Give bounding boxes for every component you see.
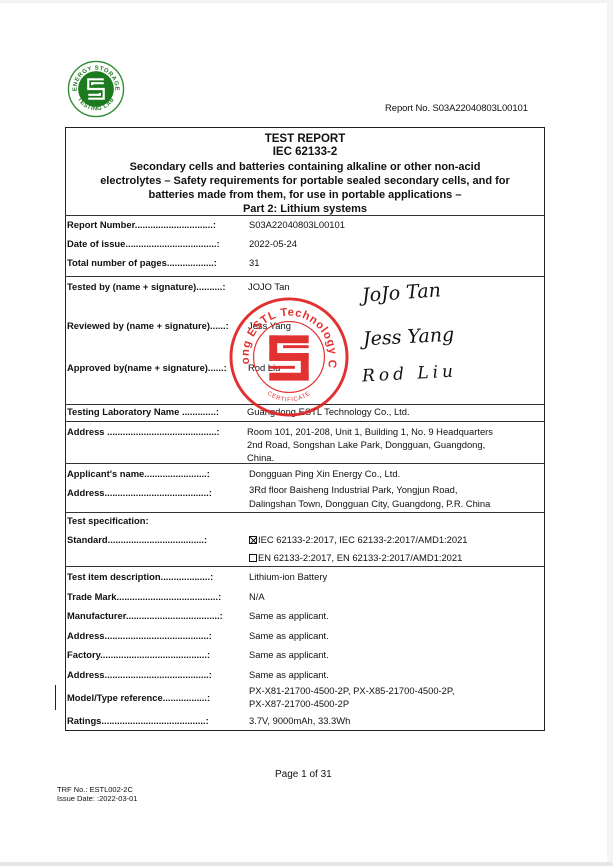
page-number: Page 1 of 31 [275, 769, 332, 780]
divider [65, 215, 545, 216]
divider [65, 512, 545, 513]
laboratory-address-line-1: Room 101, 201-208, Unit 1, Building 1, N… [247, 426, 493, 438]
field-label: Address [67, 426, 105, 437]
total-pages-value: 31 [249, 257, 259, 269]
field-label: Standard [67, 534, 108, 545]
field-label: Trade Mark [67, 591, 117, 602]
test-item-description-value: Lithium-ion Battery [249, 571, 327, 583]
trf-number: TRF No.: ESTL002-2C [57, 785, 137, 794]
field-label: Address [67, 669, 105, 680]
field-label: Manufacturer [67, 610, 126, 621]
date-of-issue-value: 2022-05-24 [249, 238, 297, 250]
tested-by-name: JOJO Tan [248, 281, 290, 293]
trade-mark-value: N/A [249, 591, 265, 603]
field-label: Report Number [67, 219, 135, 230]
model-reference-line-2: PX-X87-21700-4500-2P [249, 698, 349, 710]
field-label: Total number of pages [67, 257, 167, 268]
field-label: Reviewed by (name + signature) [67, 320, 210, 331]
field-label: Date of issue [67, 238, 125, 249]
manufacturer-value: Same as applicant. [249, 610, 329, 622]
field-label: Tested by (name + signature) [67, 281, 196, 292]
field-label: Address [67, 630, 105, 641]
divider [65, 276, 545, 277]
field-label: Approved by(name + signature) [67, 362, 208, 373]
factory-address-value: Same as applicant. [249, 669, 329, 681]
change-bar-marker [55, 685, 56, 710]
company-seal-stamp-icon: Guangdong ESTL Technology Co., Ltd. CERT… [228, 296, 350, 418]
standard-option-en[interactable]: EN 62133-2:2017, EN 62133-2:2017/AMD1:20… [249, 552, 462, 564]
standard-title-line-1: Secondary cells and batteries containing… [65, 160, 545, 174]
standard-option-iec[interactable]: IEC 62133-2:2017, IEC 62133-2:2017/AMD1:… [249, 534, 468, 546]
laboratory-address-line-2: 2nd Road, Songshan Lake Park, Dongguan, … [247, 439, 485, 451]
standard-title-line-3: batteries made from them, for use in por… [65, 188, 545, 202]
field-label: Address [67, 487, 105, 498]
ratings-value: 3.7V, 9000mAh, 33.3Wh [249, 715, 350, 727]
report-title-block: TEST REPORT IEC 62133-2 Secondary cells … [65, 133, 545, 216]
report-number-header: Report No. S03A22040803L00101 [385, 103, 528, 114]
standard-code: IEC 62133-2 [65, 146, 545, 159]
divider [65, 463, 545, 464]
applicant-name-value: Dongguan Ping Xin Energy Co., Ltd. [249, 468, 400, 480]
viewer-top-edge [0, 0, 613, 3]
report-number-value: S03A22040803L00101 [249, 219, 345, 231]
report-title: TEST REPORT [65, 133, 545, 146]
field-label: Model/Type reference [67, 692, 163, 703]
viewer-bottom-edge [0, 862, 613, 866]
model-reference-line-1: PX-X81-21700-4500-2P, PX-X85-21700-4500-… [249, 685, 455, 697]
checked-checkbox-icon[interactable] [249, 536, 257, 544]
standard-title-line-2: electrolytes – Safety requirements for p… [65, 174, 545, 188]
field-label: Test item description [67, 571, 161, 582]
trf-issue-date: Issue Date: :2022-03-01 [57, 794, 137, 803]
viewer-scrollbar-track[interactable] [607, 0, 613, 866]
field-label: Applicant's name [67, 468, 144, 479]
field-label: Ratings [67, 715, 101, 726]
divider [65, 566, 545, 567]
factory-value: Same as applicant. [249, 649, 329, 661]
trf-info: TRF No.: ESTL002-2C Issue Date: :2022-03… [57, 785, 137, 803]
unchecked-checkbox-icon[interactable] [249, 554, 257, 562]
divider [65, 421, 545, 422]
field-label: Testing Laboratory Name [67, 406, 179, 417]
applicant-address-line-2: Dalingshan Town, Dongguan City, Guangdon… [249, 498, 490, 510]
manufacturer-address-value: Same as applicant. [249, 630, 329, 642]
energy-storage-testing-lab-logo-icon: ENERGY STORAGE TESTING LAB [67, 60, 125, 118]
applicant-address-line-1: 3Rd floor Baisheng Industrial Park, Yong… [249, 484, 457, 496]
standard-title-line-4: Part 2: Lithium systems [65, 202, 545, 216]
field-label: Factory [67, 649, 100, 660]
